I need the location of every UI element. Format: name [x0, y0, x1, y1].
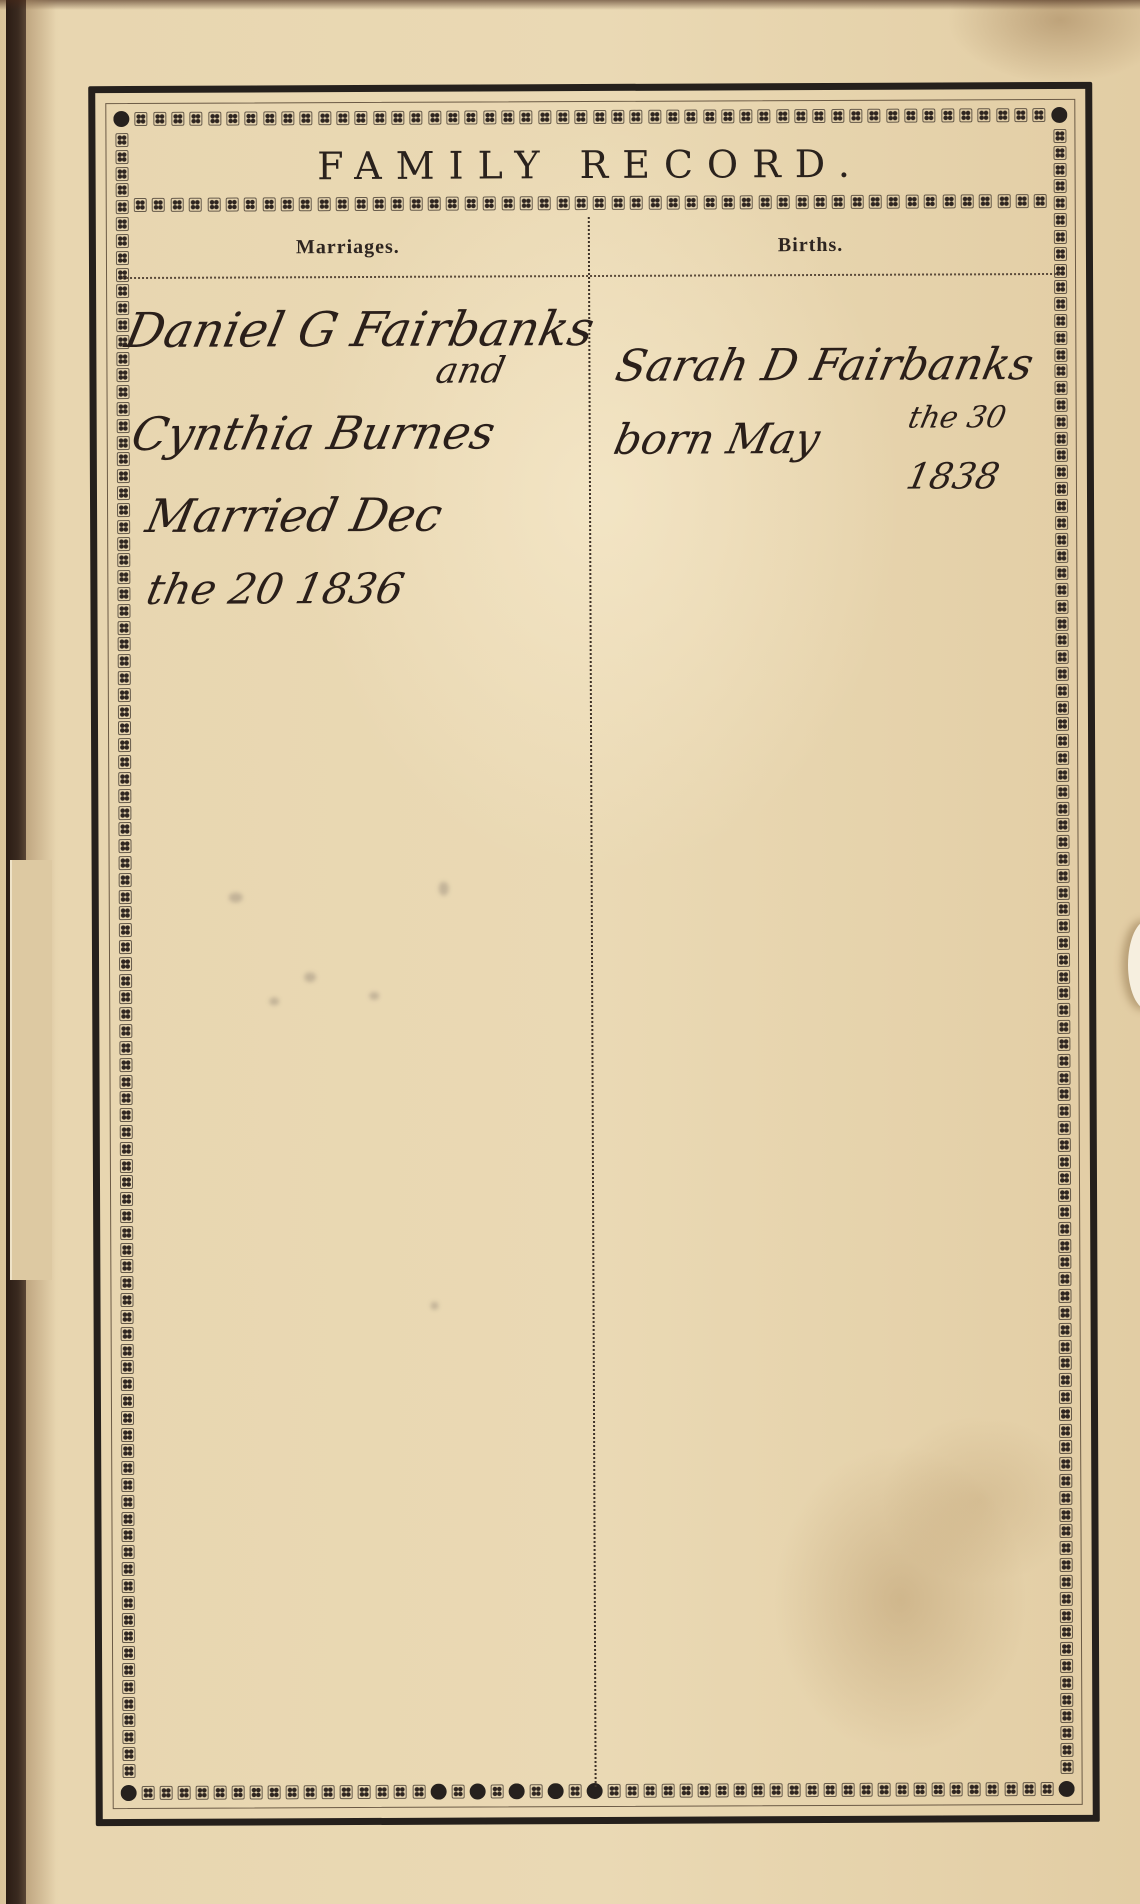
fleuron-ornament-icon: [1053, 196, 1066, 210]
fleuron-ornament-icon: [121, 1444, 134, 1458]
fleuron-ornament-icon: [118, 738, 131, 752]
fleuron-ornament-icon: [758, 109, 771, 123]
fleuron-ornament-icon: [116, 284, 129, 298]
fleuron-ornament-icon: [120, 1209, 133, 1223]
fleuron-ornament-icon: [483, 110, 496, 124]
fleuron-ornament-icon: [611, 110, 624, 124]
fleuron-ornament-icon: [501, 196, 514, 210]
fleuron-ornament-icon: [120, 1226, 133, 1240]
fleuron-ornament-icon: [666, 110, 679, 124]
fleuron-ornament-icon: [1058, 1390, 1071, 1404]
fleuron-ornament-icon: [1059, 1625, 1072, 1639]
fleuron-ornament-icon: [722, 195, 735, 209]
fleuron-ornament-icon: [878, 1783, 891, 1797]
fleuron-ornament-icon: [410, 111, 423, 125]
fleuron-ornament-icon: [391, 111, 404, 125]
fleuron-ornament-icon: [1053, 213, 1066, 227]
fleuron-ornament-icon: [905, 195, 918, 209]
fleuron-ornament-icon: [117, 587, 130, 601]
fleuron-ornament-icon: [116, 469, 129, 483]
fleuron-ornament-icon: [160, 1786, 173, 1800]
fleuron-ornament-icon: [1057, 1020, 1070, 1034]
fleuron-ornament-icon: [1058, 1339, 1071, 1353]
fleuron-ornament-icon: [120, 1310, 133, 1324]
fleuron-ornament-icon: [1057, 970, 1070, 984]
fleuron-ornament-icon: [832, 195, 845, 209]
fleuron-ornament-icon: [979, 194, 992, 208]
fleuron-ornament-icon: [1060, 1692, 1073, 1706]
fleuron-ornament-icon: [959, 108, 972, 122]
fleuron-ornament-icon: [120, 1377, 133, 1391]
fleuron-ornament-icon: [116, 268, 129, 282]
page-top-shadow: [0, 0, 1140, 10]
fleuron-ornament-icon: [1059, 1541, 1072, 1555]
fleuron-ornament-icon: [358, 1785, 371, 1799]
fleuron-ornament-icon: [575, 196, 588, 210]
ink-smudge: [304, 972, 316, 982]
fleuron-ornament-icon: [1055, 583, 1068, 597]
fleuron-ornament-icon: [336, 111, 349, 125]
fleuron-ornament-icon: [1057, 1138, 1070, 1152]
fleuron-ornament-icon: [119, 1159, 132, 1173]
fleuron-ornament-icon: [190, 112, 203, 126]
fleuron-ornament-icon: [667, 196, 680, 210]
fleuron-ornament-icon: [968, 1782, 981, 1796]
fleuron-ornament-icon: [281, 111, 294, 125]
handwritten-line: Cynthia Burnes: [128, 409, 499, 457]
fleuron-ornament-icon: [119, 990, 132, 1004]
fleuron-ornament-icon: [1060, 1709, 1073, 1723]
fleuron-ornament-icon: [118, 806, 131, 820]
fleuron-ornament-icon: [409, 197, 422, 211]
fleuron-ornament-icon: [648, 196, 661, 210]
handwritten-line: and: [433, 353, 508, 389]
fleuron-ornament-icon: [997, 194, 1010, 208]
fleuron-ornament-icon: [1055, 566, 1068, 580]
dot-ornament-icon: [113, 111, 129, 127]
fleuron-ornament-icon: [1059, 1457, 1072, 1471]
fleuron-ornament-icon: [1058, 1272, 1071, 1286]
fleuron-ornament-icon: [1058, 1188, 1071, 1202]
fleuron-ornament-icon: [1054, 364, 1067, 378]
fleuron-ornament-icon: [122, 1713, 135, 1727]
fleuron-ornament-icon: [490, 1784, 503, 1798]
fleuron-ornament-icon: [119, 1108, 132, 1122]
fleuron-ornament-icon: [1033, 108, 1046, 122]
fleuron-ornament-icon: [117, 604, 130, 618]
fleuron-ornament-icon: [1060, 1676, 1073, 1690]
ink-smudge: [439, 882, 449, 896]
dot-ornament-icon: [121, 1785, 137, 1801]
fleuron-ornament-icon: [941, 108, 954, 122]
fleuron-ornament-icon: [1058, 1407, 1071, 1421]
fleuron-ornament-icon: [868, 109, 881, 123]
handwritten-line: Daniel G Fairbanks: [121, 305, 598, 355]
fleuron-ornament-icon: [1054, 331, 1067, 345]
fleuron-ornament-icon: [1056, 801, 1069, 815]
fleuron-ornament-icon: [464, 197, 477, 211]
ink-smudge: [431, 1302, 439, 1310]
fleuron-ornament-icon: [118, 822, 131, 836]
fleuron-ornament-icon: [118, 940, 131, 954]
fleuron-ornament-icon: [734, 1783, 747, 1797]
fleuron-ornament-icon: [1014, 108, 1027, 122]
fleuron-ornament-icon: [116, 301, 129, 315]
fleuron-ornament-icon: [121, 1579, 134, 1593]
fleuron-ornament-icon: [262, 197, 275, 211]
fleuron-ornament-icon: [122, 1680, 135, 1694]
fleuron-ornament-icon: [117, 520, 130, 534]
fleuron-ornament-icon: [1056, 818, 1069, 832]
fleuron-ornament-icon: [317, 197, 330, 211]
fleuron-ornament-icon: [1054, 314, 1067, 328]
fleuron-ornament-icon: [118, 890, 131, 904]
fleuron-ornament-icon: [116, 419, 129, 433]
fleuron-ornament-icon: [752, 1783, 765, 1797]
fleuron-ornament-icon: [250, 1785, 263, 1799]
fleuron-ornament-icon: [189, 198, 202, 212]
fleuron-ornament-icon: [904, 109, 917, 123]
fleuron-ornament-icon: [299, 197, 312, 211]
fleuron-ornament-icon: [1059, 1491, 1072, 1505]
fleuron-ornament-icon: [446, 111, 459, 125]
fleuron-ornament-icon: [118, 873, 131, 887]
fleuron-ornament-icon: [1053, 263, 1066, 277]
fleuron-ornament-icon: [355, 111, 368, 125]
fleuron-ornament-icon: [116, 402, 129, 416]
fleuron-ornament-icon: [1055, 516, 1068, 530]
fleuron-ornament-icon: [703, 195, 716, 209]
fleuron-ornament-icon: [914, 1783, 927, 1797]
fleuron-ornament-icon: [134, 198, 147, 212]
fleuron-ornament-icon: [119, 974, 132, 988]
fleuron-ornament-icon: [961, 194, 974, 208]
fleuron-ornament-icon: [1055, 717, 1068, 731]
fleuron-ornament-icon: [869, 195, 882, 209]
fleuron-ornament-icon: [1058, 1205, 1071, 1219]
fleuron-ornament-icon: [703, 109, 716, 123]
fleuron-ornament-icon: [1059, 1608, 1072, 1622]
fleuron-ornament-icon: [122, 1663, 135, 1677]
fleuron-ornament-icon: [1054, 415, 1067, 429]
fleuron-ornament-icon: [153, 112, 166, 126]
fleuron-ornament-icon: [593, 196, 606, 210]
fleuron-ornament-icon: [556, 110, 569, 124]
fleuron-ornament-icon: [1022, 1782, 1035, 1796]
fleuron-ornament-icon: [412, 1785, 425, 1799]
fleuron-ornament-icon: [1055, 600, 1068, 614]
fleuron-ornament-icon: [120, 1276, 133, 1290]
fleuron-ornament-icon: [942, 194, 955, 208]
fleuron-ornament-icon: [849, 109, 862, 123]
fleuron-ornament-icon: [121, 1596, 134, 1610]
fleuron-ornament-icon: [300, 111, 313, 125]
fleuron-ornament-icon: [739, 109, 752, 123]
fleuron-ornament-icon: [119, 1058, 132, 1072]
fleuron-ornament-icon: [1055, 667, 1068, 681]
fleuron-ornament-icon: [1057, 1003, 1070, 1017]
fleuron-ornament-icon: [373, 111, 386, 125]
fleuron-ornament-icon: [1057, 1104, 1070, 1118]
fleuron-ornament-icon: [1056, 869, 1069, 883]
fleuron-ornament-icon: [117, 570, 130, 584]
fleuron-ornament-icon: [1056, 953, 1069, 967]
fleuron-ornament-icon: [446, 197, 459, 211]
fleuron-ornament-icon: [268, 1785, 281, 1799]
fleuron-ornament-icon: [119, 957, 132, 971]
fleuron-ornament-icon: [1016, 194, 1029, 208]
fleuron-ornament-icon: [121, 1545, 134, 1559]
fleuron-ornament-icon: [245, 111, 258, 125]
fleuron-ornament-icon: [340, 1785, 353, 1799]
fleuron-ornament-icon: [814, 195, 827, 209]
fleuron-ornament-icon: [986, 1782, 999, 1796]
fleuron-ornament-icon: [896, 1783, 909, 1797]
fleuron-ornament-icon: [354, 197, 367, 211]
fleuron-ornament-icon: [121, 1495, 134, 1509]
fleuron-ornament-icon: [336, 197, 349, 211]
fleuron-ornament-icon: [1057, 1171, 1070, 1185]
fleuron-ornament-icon: [117, 553, 130, 567]
fleuron-ornament-icon: [118, 923, 131, 937]
fleuron-ornament-icon: [860, 1783, 873, 1797]
fleuron-ornament-icon: [1055, 549, 1068, 563]
fleuron-ornament-icon: [119, 1007, 132, 1021]
fleuron-ornament-icon: [813, 109, 826, 123]
fleuron-ornament-icon: [685, 196, 698, 210]
fleuron-ornament-icon: [121, 1613, 134, 1627]
fleuron-ornament-icon: [1056, 885, 1069, 899]
fleuron-ornament-icon: [1055, 650, 1068, 664]
fleuron-ornament-icon: [924, 194, 937, 208]
fleuron-ornament-icon: [304, 1785, 317, 1799]
page-notch: [1128, 920, 1140, 1010]
fleuron-ornament-icon: [115, 234, 128, 248]
fleuron-ornament-icon: [121, 1478, 134, 1492]
fleuron-ornament-icon: [118, 906, 131, 920]
fleuron-ornament-icon: [115, 217, 128, 231]
fleuron-ornament-icon: [1057, 1054, 1070, 1068]
fleuron-ornament-icon: [1054, 432, 1067, 446]
fleuron-ornament-icon: [698, 1783, 711, 1797]
fleuron-ornament-icon: [776, 109, 789, 123]
fleuron-ornament-icon: [1057, 1154, 1070, 1168]
fleuron-ornament-icon: [1054, 280, 1067, 294]
fleuron-ornament-icon: [118, 839, 131, 853]
fleuron-ornament-icon: [117, 671, 130, 685]
fleuron-ornament-icon: [465, 111, 478, 125]
fleuron-ornament-icon: [115, 251, 128, 265]
fleuron-ornament-icon: [120, 1327, 133, 1341]
fleuron-ornament-icon: [1058, 1323, 1071, 1337]
fleuron-ornament-icon: [391, 197, 404, 211]
dot-ornament-icon: [430, 1784, 446, 1800]
fleuron-ornament-icon: [116, 385, 129, 399]
fleuron-ornament-icon: [1056, 785, 1069, 799]
fleuron-ornament-icon: [263, 111, 276, 125]
fleuron-ornament-icon: [824, 1783, 837, 1797]
fleuron-ornament-icon: [118, 856, 131, 870]
fleuron-ornament-icon: [118, 789, 131, 803]
fleuron-ornament-icon: [1056, 852, 1069, 866]
fleuron-ornament-icon: [120, 1293, 133, 1307]
fleuron-ornament-icon: [120, 1360, 133, 1374]
fleuron-ornament-icon: [795, 195, 808, 209]
fleuron-ornament-icon: [1040, 1782, 1053, 1796]
fleuron-ornament-icon: [1057, 1087, 1070, 1101]
fleuron-ornament-icon: [1059, 1440, 1072, 1454]
fleuron-ornament-icon: [788, 1783, 801, 1797]
fleuron-ornament-icon: [121, 1461, 134, 1475]
fleuron-ornament-icon: [630, 196, 643, 210]
fleuron-ornament-icon: [1056, 919, 1069, 933]
fleuron-ornament-icon: [1054, 297, 1067, 311]
fleuron-ornament-icon: [1058, 1289, 1071, 1303]
fleuron-ornament-icon: [376, 1785, 389, 1799]
fleuron-ornament-icon: [662, 1784, 675, 1798]
fleuron-ornament-icon: [121, 1629, 134, 1643]
handwritten-line: the 30: [906, 403, 1009, 433]
fleuron-ornament-icon: [611, 196, 624, 210]
fleuron-ornament-icon: [831, 109, 844, 123]
fleuron-ornament-icon: [630, 110, 643, 124]
fleuron-ornament-icon: [643, 1784, 656, 1798]
fleuron-ornament-icon: [520, 196, 533, 210]
fleuron-ornament-icon: [538, 110, 551, 124]
dot-ornament-icon: [1051, 107, 1067, 123]
fleuron-ornament-icon: [1059, 1558, 1072, 1572]
fleuron-ornament-icon: [842, 1783, 855, 1797]
column-heading-births: Births.: [778, 234, 843, 257]
fleuron-ornament-icon: [208, 112, 221, 126]
fleuron-ornament-icon: [232, 1786, 245, 1800]
fleuron-ornament-icon: [483, 196, 496, 210]
fleuron-ornament-icon: [121, 1512, 134, 1526]
fleuron-ornament-icon: [1055, 499, 1068, 513]
fleuron-ornament-icon: [117, 654, 130, 668]
fleuron-ornament-icon: [244, 197, 257, 211]
fleuron-ornament-icon: [171, 112, 184, 126]
fleuron-ornament-icon: [135, 112, 148, 126]
fleuron-ornament-icon: [1054, 465, 1067, 479]
fleuron-ornament-icon: [118, 755, 131, 769]
fleuron-ornament-icon: [120, 1192, 133, 1206]
fleuron-ornament-icon: [120, 1411, 133, 1425]
dot-ornament-icon: [508, 1783, 524, 1799]
fleuron-ornament-icon: [120, 1344, 133, 1358]
fleuron-ornament-icon: [1056, 734, 1069, 748]
dot-ornament-icon: [1058, 1781, 1074, 1797]
fleuron-ornament-icon: [721, 109, 734, 123]
fleuron-ornament-icon: [575, 110, 588, 124]
fleuron-ornament-icon: [770, 1783, 783, 1797]
fleuron-ornament-icon: [1054, 381, 1067, 395]
fleuron-ornament-icon: [1059, 1474, 1072, 1488]
fleuron-ornament-icon: [1060, 1659, 1073, 1673]
fleuron-ornament-icon: [1057, 986, 1070, 1000]
fleuron-ornament-icon: [1055, 684, 1068, 698]
fleuron-ornament-icon: [501, 110, 514, 124]
ink-smudge: [369, 992, 379, 1000]
handwritten-line: Sarah D Fairbanks: [612, 343, 1037, 389]
fleuron-ornament-icon: [116, 368, 129, 382]
fleuron-ornament-icon: [121, 1528, 134, 1542]
fleuron-ornament-icon: [1060, 1726, 1073, 1740]
fleuron-ornament-icon: [740, 195, 753, 209]
fleuron-ornament-icon: [887, 195, 900, 209]
fleuron-ornament-icon: [923, 109, 936, 123]
fleuron-ornament-icon: [1034, 194, 1047, 208]
fleuron-ornament-icon: [318, 111, 331, 125]
fleuron-ornament-icon: [120, 1394, 133, 1408]
fleuron-ornament-icon: [207, 198, 220, 212]
fleuron-ornament-icon: [1059, 1592, 1072, 1606]
fleuron-ornament-icon: [648, 110, 661, 124]
fleuron-ornament-icon: [119, 1075, 132, 1089]
column-heading-marriages: Marriages.: [296, 236, 400, 259]
fleuron-ornament-icon: [116, 486, 129, 500]
fleuron-ornament-icon: [196, 1786, 209, 1800]
fleuron-ornament-icon: [117, 721, 130, 735]
fleuron-ornament-icon: [226, 112, 239, 126]
fleuron-ornament-icon: [1059, 1575, 1072, 1589]
fleuron-ornament-icon: [777, 195, 790, 209]
fleuron-ornament-icon: [1055, 532, 1068, 546]
handwritten-line: 1838: [903, 459, 1002, 495]
fleuron-ornament-icon: [684, 110, 697, 124]
fleuron-ornament-icon: [556, 196, 569, 210]
birth-entry: Sarah D Fairbanks born May the 30 1838: [95, 89, 1085, 93]
fleuron-ornament-icon: [1057, 1070, 1070, 1084]
fleuron-ornament-icon: [1060, 1642, 1073, 1656]
fleuron-ornament-icon: [122, 1747, 135, 1761]
fleuron-ornament-icon: [1059, 1508, 1072, 1522]
fleuron-ornament-icon: [115, 200, 128, 214]
fleuron-ornament-icon: [119, 1041, 132, 1055]
fleuron-ornament-icon: [1057, 1037, 1070, 1051]
fleuron-ornament-icon: [850, 195, 863, 209]
fleuron-ornament-icon: [226, 198, 239, 212]
fleuron-ornament-icon: [1056, 835, 1069, 849]
fleuron-ornament-icon: [1053, 247, 1066, 261]
fleuron-ornament-icon: [120, 1259, 133, 1273]
fleuron-ornament-icon: [117, 688, 130, 702]
handwritten-line: the 20 1836: [143, 568, 408, 611]
fleuron-ornament-icon: [1060, 1760, 1073, 1774]
fleuron-ornament-icon: [119, 1142, 132, 1156]
fleuron-ornament-icon: [529, 1784, 542, 1798]
fleuron-ornament-icon: [1060, 1743, 1073, 1757]
fleuron-ornament-icon: [1056, 768, 1069, 782]
fleuron-ornament-icon: [1054, 448, 1067, 462]
fleuron-ornament-icon: [607, 1784, 620, 1798]
fleuron-ornament-icon: [932, 1782, 945, 1796]
fleuron-ornament-icon: [593, 110, 606, 124]
fleuron-ornament-icon: [950, 1782, 963, 1796]
fleuron-ornament-icon: [451, 1785, 464, 1799]
book-page: FAMILY RECORD. Marriages. Births. Daniel…: [0, 0, 1140, 1904]
fleuron-ornament-icon: [1058, 1373, 1071, 1387]
fleuron-ornament-icon: [119, 1125, 132, 1139]
dot-ornament-icon: [469, 1783, 485, 1799]
fleuron-ornament-icon: [520, 110, 533, 124]
fleuron-ornament-icon: [1055, 701, 1068, 715]
fleuron-ornament-icon: [117, 537, 130, 551]
fleuron-ornament-icon: [322, 1785, 335, 1799]
fleuron-ornament-icon: [680, 1784, 693, 1798]
fleuron-ornament-icon: [1056, 751, 1069, 765]
fleuron-ornament-icon: [1004, 1782, 1017, 1796]
